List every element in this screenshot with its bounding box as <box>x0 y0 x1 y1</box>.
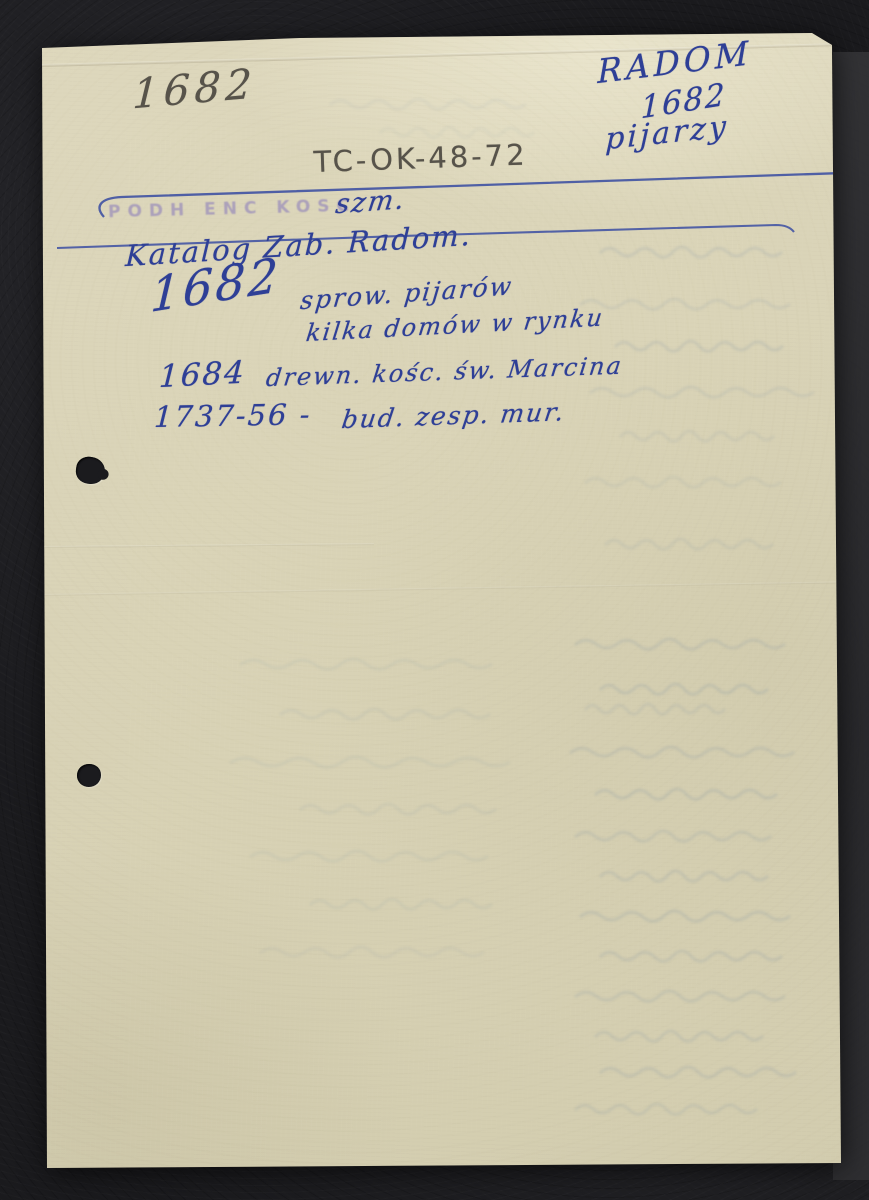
pencil-year-annotation: 1682 <box>131 59 257 118</box>
corner-note-town: RADOM <box>597 33 753 91</box>
note-line-text: sprow. pijarów <box>299 271 515 315</box>
note-line-text: drewn. kośc. św. Marcina <box>265 352 625 393</box>
note-line-year: 1684 <box>158 354 247 395</box>
ruled-ink-lines <box>0 0 869 1200</box>
scanned-page-wrapper: 1682 TC-OK-48-72 RADOM 1682 pijarzy PODH… <box>0 0 869 1200</box>
paper-texture <box>0 0 869 1200</box>
stamp-annotation: szm. <box>334 184 409 220</box>
note-line-text: bud. zesp. mur. <box>340 397 568 434</box>
punch-hole-bottom <box>77 764 101 787</box>
fold-crease-middle <box>42 581 842 596</box>
archival-card-paper: 1682 TC-OK-48-72 RADOM 1682 pijarzy PODH… <box>0 0 869 1200</box>
fold-crease-middle-left <box>44 543 374 548</box>
reference-code: TC-OK-48-72 <box>313 138 528 179</box>
corner-note-order: pijarzy <box>605 109 730 157</box>
note-line-year: 1737-56 - <box>153 397 312 434</box>
ink-stamp: PODH ENC KOSC <box>108 196 356 222</box>
bleed-through-text <box>0 0 869 1200</box>
